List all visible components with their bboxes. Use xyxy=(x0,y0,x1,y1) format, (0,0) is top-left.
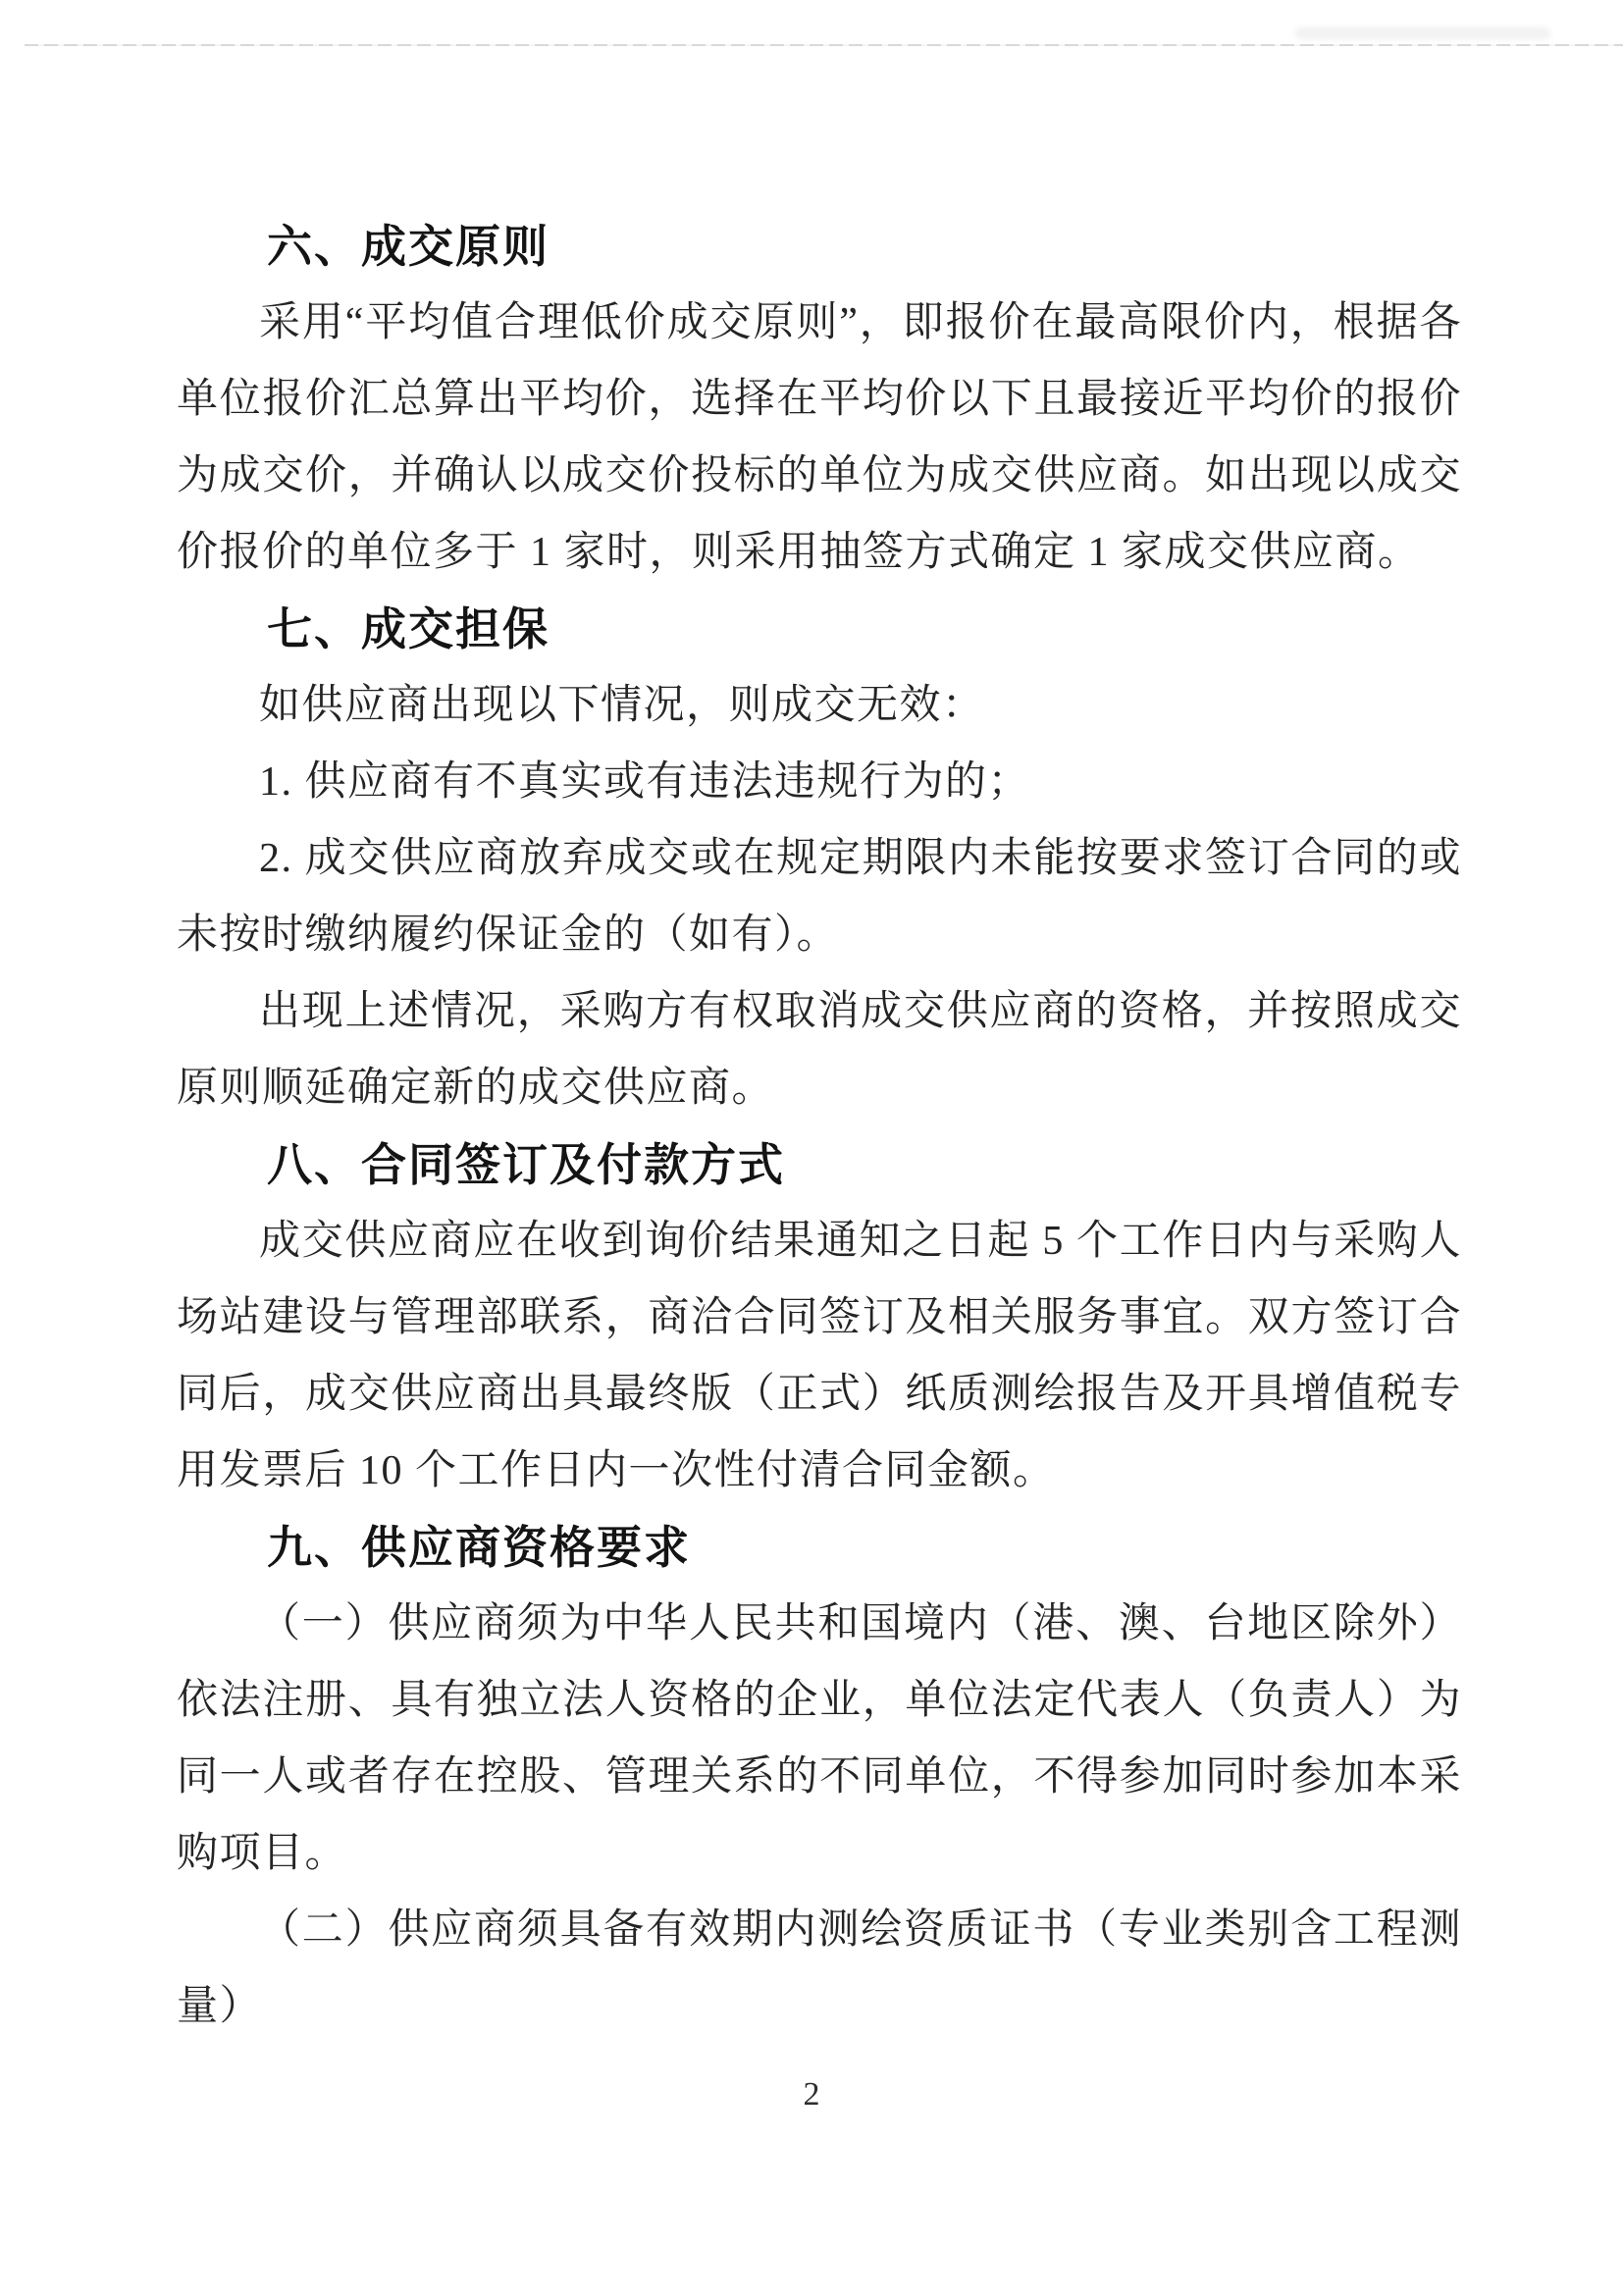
paragraph: 成交供应商应在收到询价结果通知之日起 5 个工作日内与采购人场站建设与管理部联系… xyxy=(177,1203,1462,1509)
section-heading: 六、成交原则 xyxy=(177,208,1462,285)
section-heading: 九、供应商资格要求 xyxy=(177,1509,1462,1586)
paragraph: 采用“平均值合理低价成交原则”，即报价在最高限价内，根据各单位报价汇总算出平均价… xyxy=(177,285,1462,591)
scan-artifact-smudge xyxy=(1295,27,1550,39)
document-page: 六、成交原则 采用“平均值合理低价成交原则”，即报价在最高限价内，根据各单位报价… xyxy=(0,0,1623,2296)
document-body: 六、成交原则 采用“平均值合理低价成交原则”，即报价在最高限价内，根据各单位报价… xyxy=(177,208,1462,2045)
paragraph: 如供应商出现以下情况，则成交无效： xyxy=(177,667,1462,744)
list-item: 1. 供应商有不真实或有违法违规行为的； xyxy=(177,744,1462,820)
section-contract-and-payment: 八、合同签订及付款方式 成交供应商应在收到询价结果通知之日起 5 个工作日内与采… xyxy=(177,1126,1462,1509)
list-item: 2. 成交供应商放弃成交或在规定期限内未能按要求签订合同的或未按时缴纳履约保证金… xyxy=(177,820,1462,973)
section-heading: 八、合同签订及付款方式 xyxy=(177,1126,1462,1203)
section-heading: 七、成交担保 xyxy=(177,591,1462,667)
paragraph: 出现上述情况，采购方有权取消成交供应商的资格，并按照成交原则顺延确定新的成交供应… xyxy=(177,973,1462,1126)
list-item: （二）供应商须具备有效期内测绘资质证书（专业类别含工程测量） xyxy=(177,1892,1462,2045)
list-item: （一）供应商须为中华人民共和国境内（港、澳、台地区除外）依法注册、具有独立法人资… xyxy=(177,1586,1462,1892)
scan-artifact-line xyxy=(25,44,1623,46)
page-number: 2 xyxy=(0,2076,1623,2113)
section-transaction-principle: 六、成交原则 采用“平均值合理低价成交原则”，即报价在最高限价内，根据各单位报价… xyxy=(177,208,1462,591)
section-transaction-guarantee: 七、成交担保 如供应商出现以下情况，则成交无效： 1. 供应商有不真实或有违法违… xyxy=(177,591,1462,1126)
section-supplier-qualification: 九、供应商资格要求 （一）供应商须为中华人民共和国境内（港、澳、台地区除外）依法… xyxy=(177,1509,1462,2045)
